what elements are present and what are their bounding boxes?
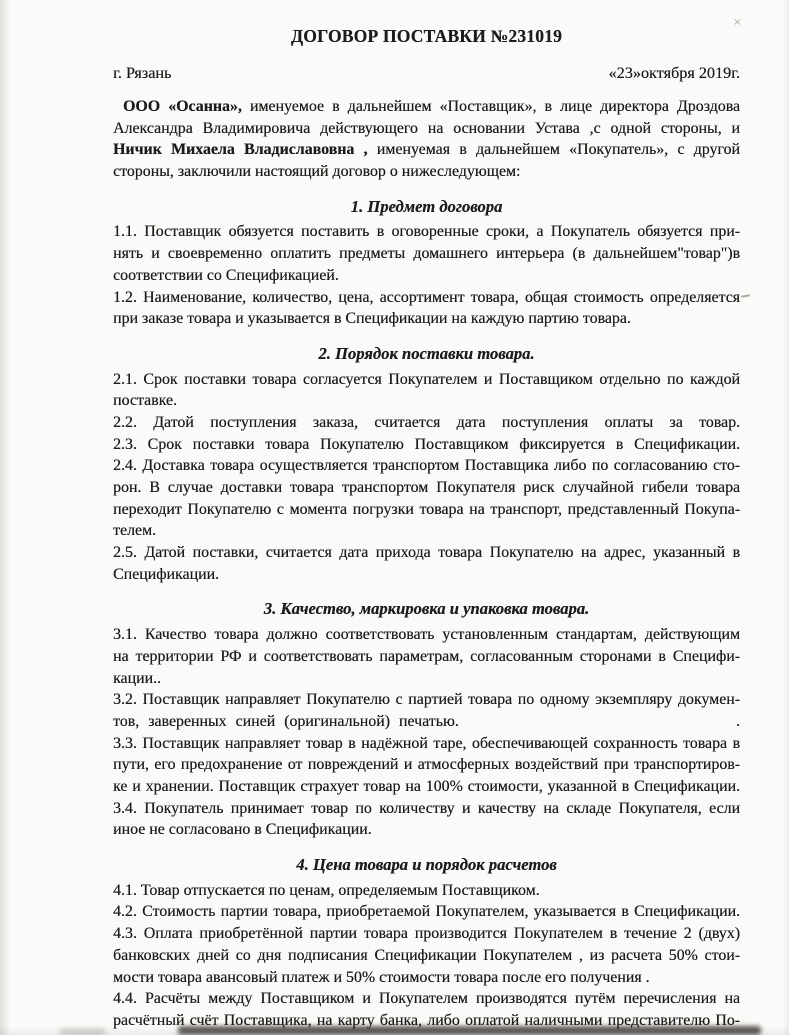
section-1-heading: 1. Предмет договора — [113, 196, 740, 218]
document-title: ДОГОВОР ПОСТАВКИ №231019 — [113, 25, 740, 47]
scan-dash-artifact — [741, 294, 750, 297]
contract-line: 2.5. Датой поставки, считается дата прих… — [113, 542, 740, 564]
contract-line: мости товара авансовый платеж и 50% стои… — [113, 967, 740, 989]
clause-3-2: 3.2. Поставщик направляет Покупателю с п… — [113, 689, 740, 732]
clause-2-3: 2.3. Срок поставки товара Покупателю Пос… — [113, 434, 740, 456]
clause-1-1: 1.1. Поставщик обязуется поставить в ого… — [113, 221, 740, 286]
contract-line: 4.2. Стоимость партии товара, приобретае… — [113, 901, 740, 923]
contract-line: 3.3. Поставщик направляет товар в надёжн… — [113, 733, 740, 755]
contract-line: банковских дней со дня подписания Специф… — [113, 945, 740, 967]
contract-line: иное не согласовано в Спецификации. — [113, 819, 740, 841]
contract-line: нять и своевременно оплатить предметы до… — [113, 243, 740, 265]
bottom-edge-smudge — [60, 1029, 106, 1035]
date-label: «23»октября 2019г. — [609, 62, 740, 84]
clause-3-4: 3.4. Покупатель принимает товар по колич… — [113, 798, 740, 841]
contract-line: ке и хранении. Поставщик страхует товар … — [113, 776, 740, 798]
contract-line: 3.1. Качество товара должно соответствов… — [113, 624, 740, 646]
intro-paragraph: ООО «Осанна», именуемое в дальнейшем «По… — [113, 96, 740, 183]
contract-line: рон. В случае доставки товара транспорто… — [113, 477, 740, 499]
contract-line: .тов, заверенных синей (оригинальной) пе… — [113, 711, 740, 733]
clause-2-1: 2.1. Срок поставки товара согласуется По… — [113, 369, 740, 412]
contract-line: пути, его предохранение от повреждений и… — [113, 754, 740, 776]
clause-4-2: 4.2. Стоимость партии товара, приобретае… — [113, 901, 740, 923]
intro-line: Александра Владимировича действующего на… — [113, 118, 740, 140]
contract-line: 2.4. Доставка товара осуществляется тран… — [113, 455, 740, 477]
clause-4-1: 4.1. Товар отпускается по ценам, определ… — [113, 880, 740, 902]
clause-2-2: 2.2. Датой поступления заказа, считается… — [113, 412, 740, 434]
contract-line: 1.1. Поставщик обязуется поставить в ого… — [113, 221, 740, 243]
supplier-name: ООО «Осанна», — [123, 98, 242, 115]
bottom-cutoff-text-smear — [178, 1026, 761, 1035]
contract-line: 2.3. Срок поставки товара Покупателю Пос… — [113, 434, 740, 456]
contract-page: ДОГОВОР ПОСТАВКИ №231019 × г. Рязань «23… — [0, 0, 789, 1035]
contract-line: 4.1. Товар отпускается по ценам, определ… — [113, 880, 740, 902]
contract-line: 4.3. Оплата приобретённой партии товара … — [113, 923, 740, 945]
intro-line: Ничик Михаела Владиславовна , именуемая … — [113, 139, 740, 161]
contract-line: переходит Покупателю с момента погрузки … — [113, 499, 740, 521]
clause-2-5: 2.5. Датой поставки, считается дата прих… — [113, 542, 740, 585]
contract-line: поставке. — [113, 390, 740, 412]
contract-line: 2.2. Датой поступления заказа, считается… — [113, 412, 740, 434]
clause-2-4: 2.4. Доставка товара осуществляется тран… — [113, 455, 740, 542]
intro-text: именуемая в дальнейшем «Покупатель», с д… — [368, 141, 740, 158]
contract-line: на территории РФ и соответствовать парам… — [113, 646, 740, 668]
clause-1-2: 1.2. Наименование, количество, цена, асс… — [113, 287, 740, 330]
contract-line: 2.1. Срок поставки товара согласуется По… — [113, 369, 740, 391]
contract-line: кации.. — [113, 668, 740, 690]
place-label: г. Рязань — [113, 62, 171, 84]
section-3-heading: 3. Качество, маркировка и упаковка товар… — [113, 598, 740, 620]
clause-3-3: 3.3. Поставщик направляет товар в надёжн… — [113, 733, 740, 798]
contract-line-text: тов, заверенных синей (оригинальной) печ… — [113, 713, 459, 730]
place-date-row: г. Рязань «23»октября 2019г. — [113, 62, 740, 84]
contract-line: Спецификации. — [113, 564, 740, 586]
intro-line: ООО «Осанна», именуемое в дальнейшем «По… — [113, 96, 740, 118]
contract-line: 4.4. Расчёты между Поставщиком и Покупат… — [113, 988, 740, 1010]
clause-3-1: 3.1. Качество товара должно соответствов… — [113, 624, 740, 689]
contract-line: при заказе товара и указывается в Специф… — [113, 308, 740, 330]
intro-text: именуемое в дальнейшем «Поставщик», в ли… — [242, 98, 740, 115]
stray-period-artifact: . — [736, 711, 740, 733]
contract-line: телем. — [113, 520, 740, 542]
contract-line: 1.2. Наименование, количество, цена, асс… — [113, 287, 740, 309]
intro-line: стороны, заключили настоящий договор о н… — [113, 161, 740, 183]
section-2-heading: 2. Порядок поставки товара. — [113, 343, 740, 365]
buyer-name: Ничик Михаела Владиславовна , — [113, 141, 368, 158]
contract-line: 3.2. Поставщик направляет Покупателю с п… — [113, 689, 740, 711]
contract-line: 3.4. Покупатель принимает товар по колич… — [113, 798, 740, 820]
clause-4-3: 4.3. Оплата приобретённой партии товара … — [113, 923, 740, 988]
contract-line: соответствии со Спецификацией. — [113, 265, 740, 287]
scan-speck-artifact: × — [733, 17, 741, 28]
section-4-heading: 4. Цена товара и порядок расчетов — [113, 854, 740, 876]
